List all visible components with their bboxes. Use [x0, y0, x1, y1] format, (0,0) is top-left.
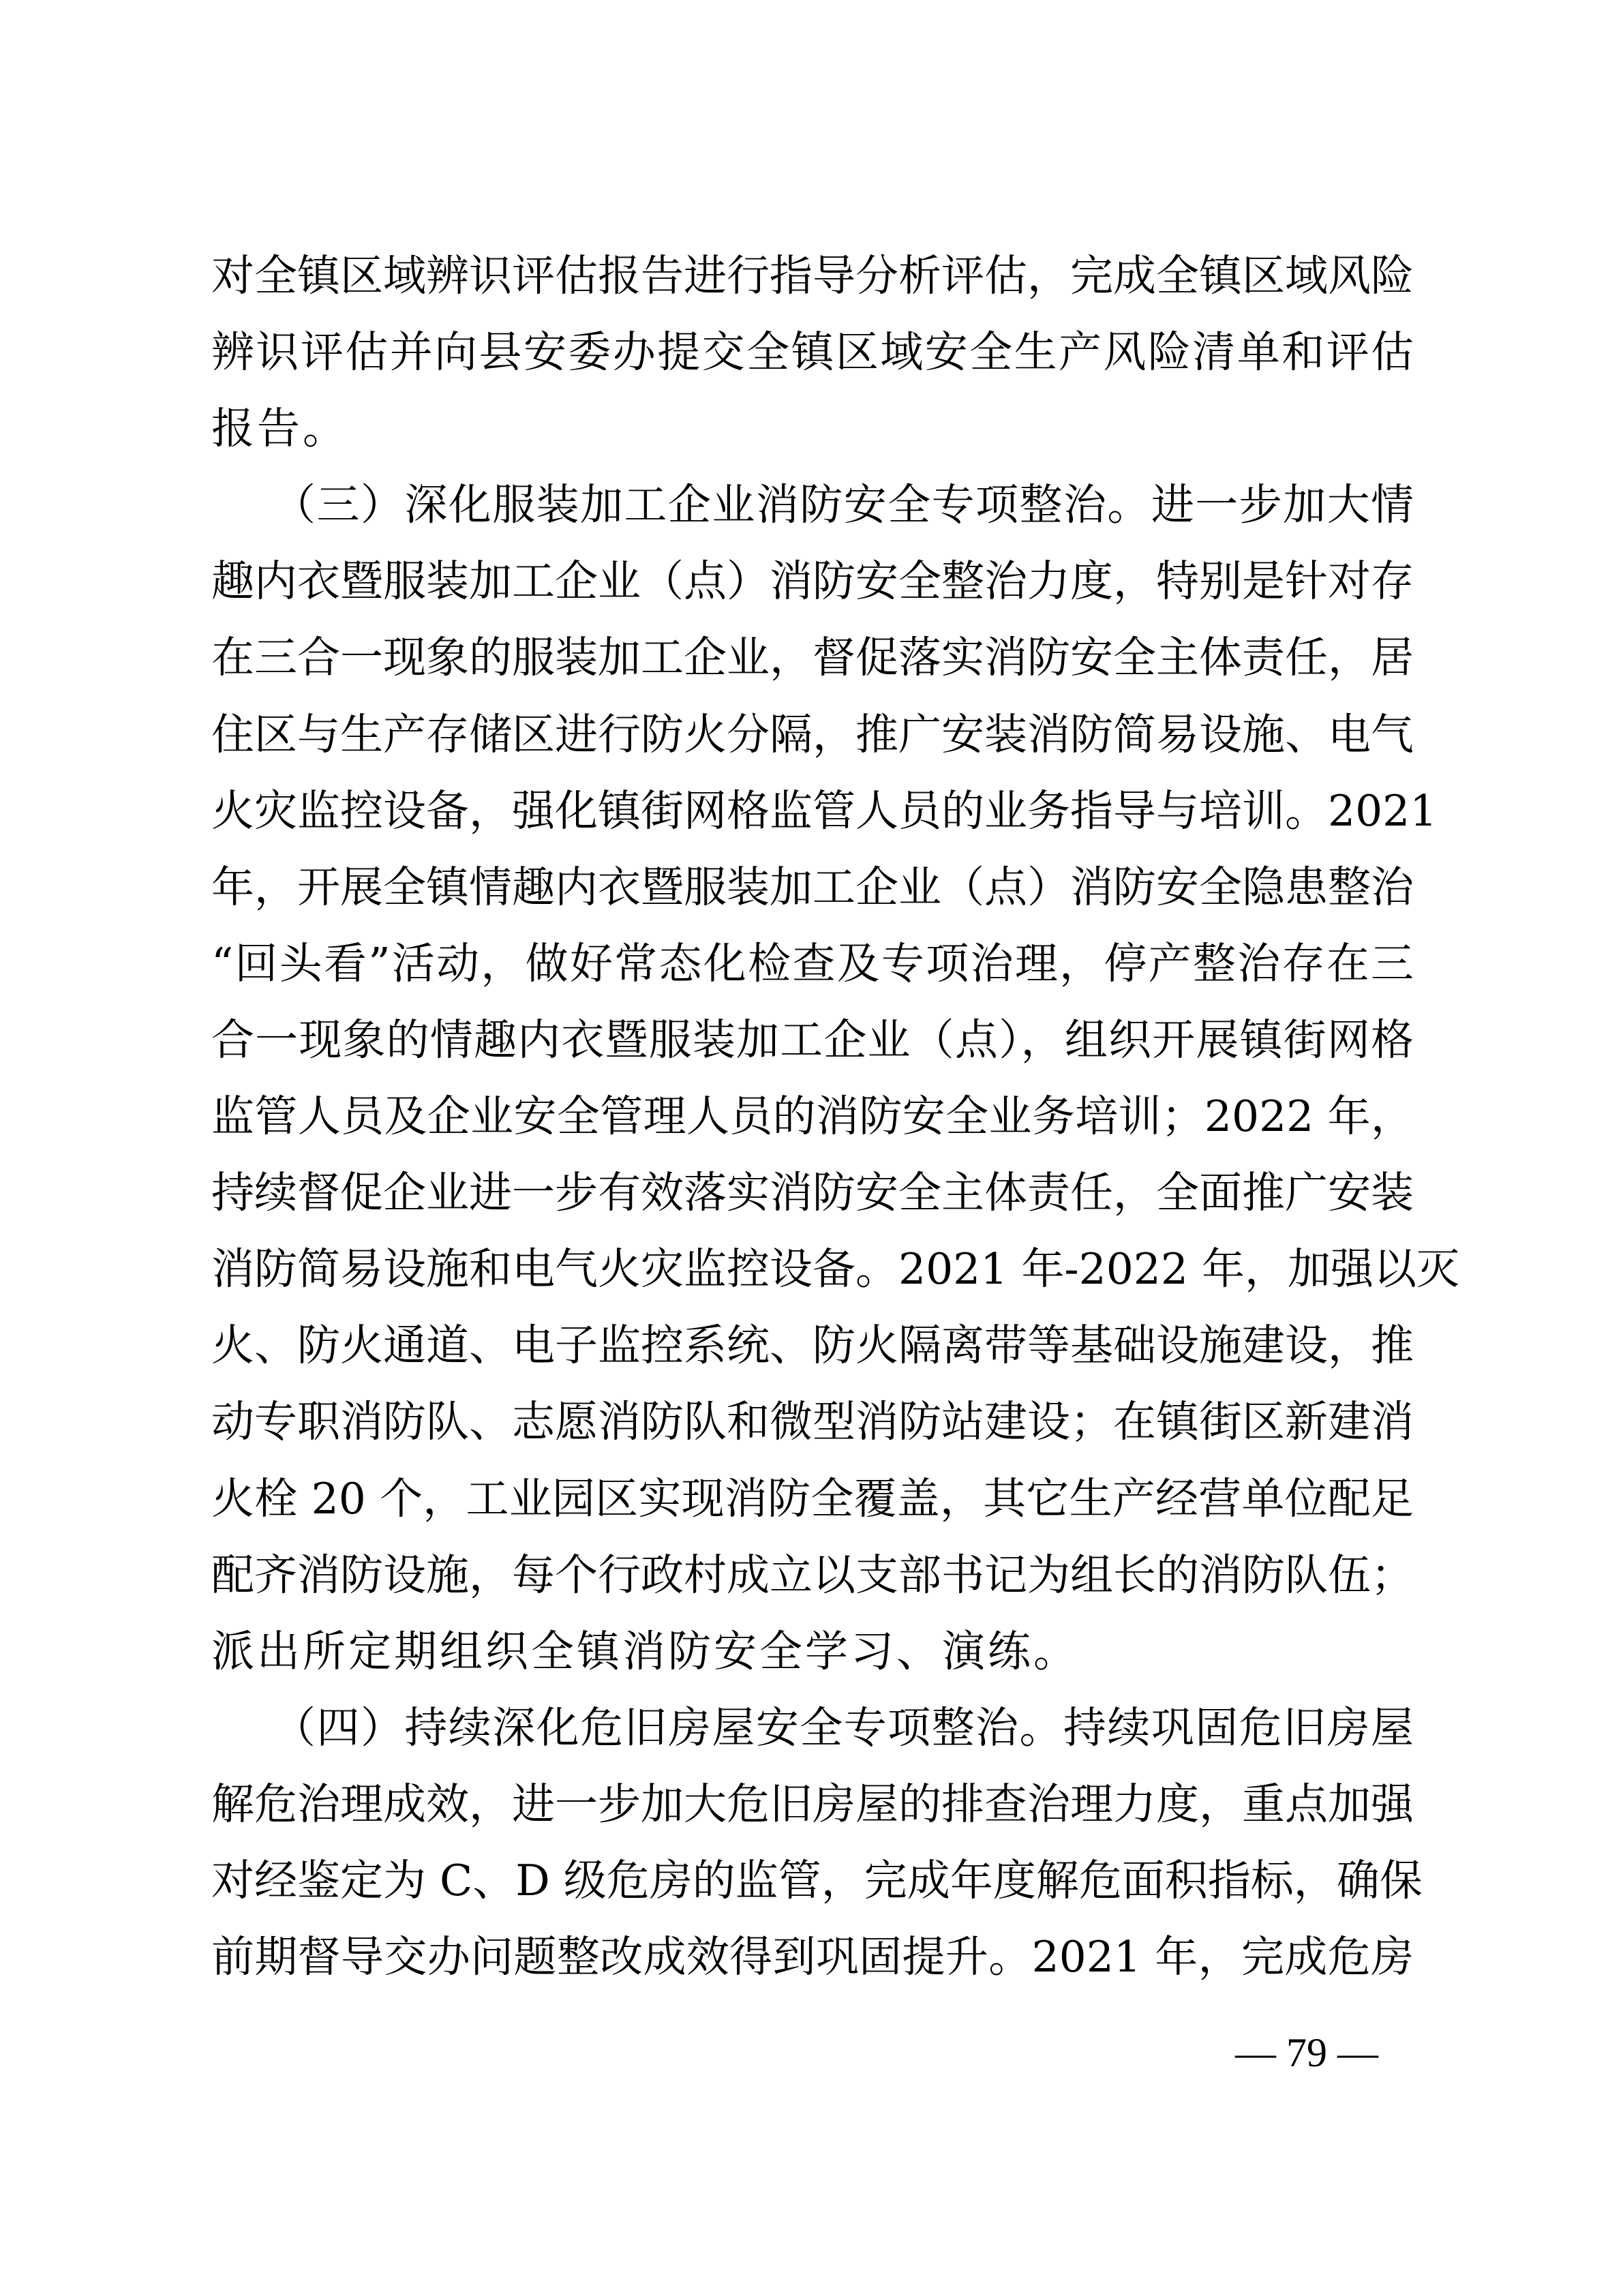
line-text: 在三合一现象的服装加工企业，督促落实消防安全主体责任，居 [211, 633, 1414, 682]
text-line: 辨识评估并向县安委办提交全镇区域安全生产风险清单和评估 [211, 314, 1414, 391]
text-line: 消防简易设施和电气火灾监控设备。2021 年-2022 年，加强以灭 [211, 1231, 1414, 1308]
text-line: “回头看”活动，做好常态化检查及专项治理，停产整治存在三 [211, 926, 1414, 1002]
section-heading-4: （四）持续深化危旧房屋安全专项整治。 [273, 1703, 1063, 1753]
text-line: 动专职消防队、志愿消防队和微型消防站建设；在镇街区新建消 [211, 1384, 1414, 1460]
line-text: 前期督导交办问题整改成效得到巩固提升。2021 年，完成危房 [211, 1932, 1414, 1982]
line-text: 配齐消防设施，每个行政村成立以支部书记为组长的消防队伍； [211, 1550, 1414, 1600]
text-line: 对全镇区域辨识评估报告进行指导分析评估，完成全镇区域风险 [211, 238, 1414, 314]
text-line: 解危治理成效，进一步加大危旧房屋的排查治理力度，重点加强 [211, 1766, 1414, 1843]
text-line: 年，开展全镇情趣内衣暨服装加工企业（点）消防安全隐患整治 [211, 849, 1414, 926]
line-text: 住区与生产存储区进行防火分隔，推广安装消防简易设施、电气 [211, 710, 1414, 759]
text-line: 合一现象的情趣内衣暨服装加工企业（点），组织开展镇街网格 [211, 1002, 1414, 1078]
page-number: — 79 — [1235, 2030, 1378, 2075]
section-heading-3: （三）深化服装加工企业消防安全专项整治。 [273, 480, 1151, 530]
text-line: 火栓 20 个，工业园区实现消防全覆盖，其它生产经营单位配足 [211, 1461, 1414, 1537]
line-text: 动专职消防队、志愿消防队和微型消防站建设；在镇街区新建消 [211, 1397, 1414, 1447]
text-line: 对经鉴定为 C、D 级危房的监管，完成年度解危面积指标，确保 [211, 1843, 1414, 1919]
text-line: 配齐消防设施，每个行政村成立以支部书记为组长的消防队伍； [211, 1537, 1414, 1614]
line-text: 火、防火通道、电子监控系统、防火隔离带等基础设施建设，推 [211, 1320, 1414, 1370]
line-text: 持续巩固危旧房屋 [1063, 1703, 1414, 1753]
line-text: 火栓 20 个，工业园区实现消防全覆盖，其它生产经营单位配足 [211, 1474, 1414, 1524]
text-line: 火、防火通道、电子监控系统、防火隔离带等基础设施建设，推 [211, 1308, 1414, 1384]
paragraph-end-line: 报告。 [211, 391, 1414, 467]
text-line: 前期督导交办问题整改成效得到巩固提升。2021 年，完成危房 [211, 1919, 1414, 1995]
line-text: 对经鉴定为 C、D 级危房的监管，完成年度解危面积指标，确保 [211, 1856, 1423, 1905]
line-text: 解危治理成效，进一步加大危旧房屋的排查治理力度，重点加强 [211, 1779, 1414, 1829]
text-line: 趣内衣暨服装加工企业（点）消防安全整治力度，特别是针对存 [211, 543, 1414, 620]
line-text: 火灾监控设备，强化镇街网格监管人员的业务指导与培训。2021 [211, 786, 1437, 836]
line-text: “回头看”活动，做好常态化检查及专项治理，停产整治存在三 [211, 939, 1414, 988]
line-text: 派出所定期组织全镇消防安全学习、演练。 [211, 1627, 1079, 1676]
line-text: 年，开展全镇情趣内衣暨服装加工企业（点）消防安全隐患整治 [211, 862, 1414, 912]
line-text: 趣内衣暨服装加工企业（点）消防安全整治力度，特别是针对存 [211, 556, 1414, 606]
body-text: 对全镇区域辨识评估报告进行指导分析评估，完成全镇区域风险 辨识评估并向县安委办提… [211, 238, 1414, 1995]
line-text: 对全镇区域辨识评估报告进行指导分析评估，完成全镇区域风险 [211, 251, 1414, 301]
text-line: 持续督促企业进一步有效落实消防安全主体责任，全面推广安装 [211, 1155, 1414, 1231]
line-text: 监管人员及企业安全管理人员的消防安全业务培训；2022 年， [211, 1091, 1414, 1141]
text-line: 在三合一现象的服装加工企业，督促落实消防安全主体责任，居 [211, 620, 1414, 696]
line-text: 进一步加大情 [1151, 480, 1414, 530]
text-line: 住区与生产存储区进行防火分隔，推广安装消防简易设施、电气 [211, 697, 1414, 773]
text-line: 火灾监控设备，强化镇街网格监管人员的业务指导与培训。2021 [211, 773, 1414, 849]
line-text: 合一现象的情趣内衣暨服装加工企业（点），组织开展镇街网格 [211, 1015, 1414, 1065]
document-page: 对全镇区域辨识评估报告进行指导分析评估，完成全镇区域风险 辨识评估并向县安委办提… [0, 0, 1623, 2296]
line-text: 辨识评估并向县安委办提交全镇区域安全生产风险清单和评估 [211, 327, 1414, 377]
line-text: 持续督促企业进一步有效落实消防安全主体责任，全面推广安装 [211, 1168, 1414, 1218]
section-heading-line: （三）深化服装加工企业消防安全专项整治。进一步加大情 [211, 467, 1414, 543]
section-heading-line: （四）持续深化危旧房屋安全专项整治。持续巩固危旧房屋 [211, 1690, 1414, 1766]
line-text: 消防简易设施和电气火灾监控设备。2021 年-2022 年，加强以灭 [211, 1244, 1459, 1294]
text-line: 监管人员及企业安全管理人员的消防安全业务培训；2022 年， [211, 1078, 1414, 1155]
paragraph-end-line: 派出所定期组织全镇消防安全学习、演练。 [211, 1614, 1414, 1690]
line-text: 报告。 [211, 404, 348, 453]
